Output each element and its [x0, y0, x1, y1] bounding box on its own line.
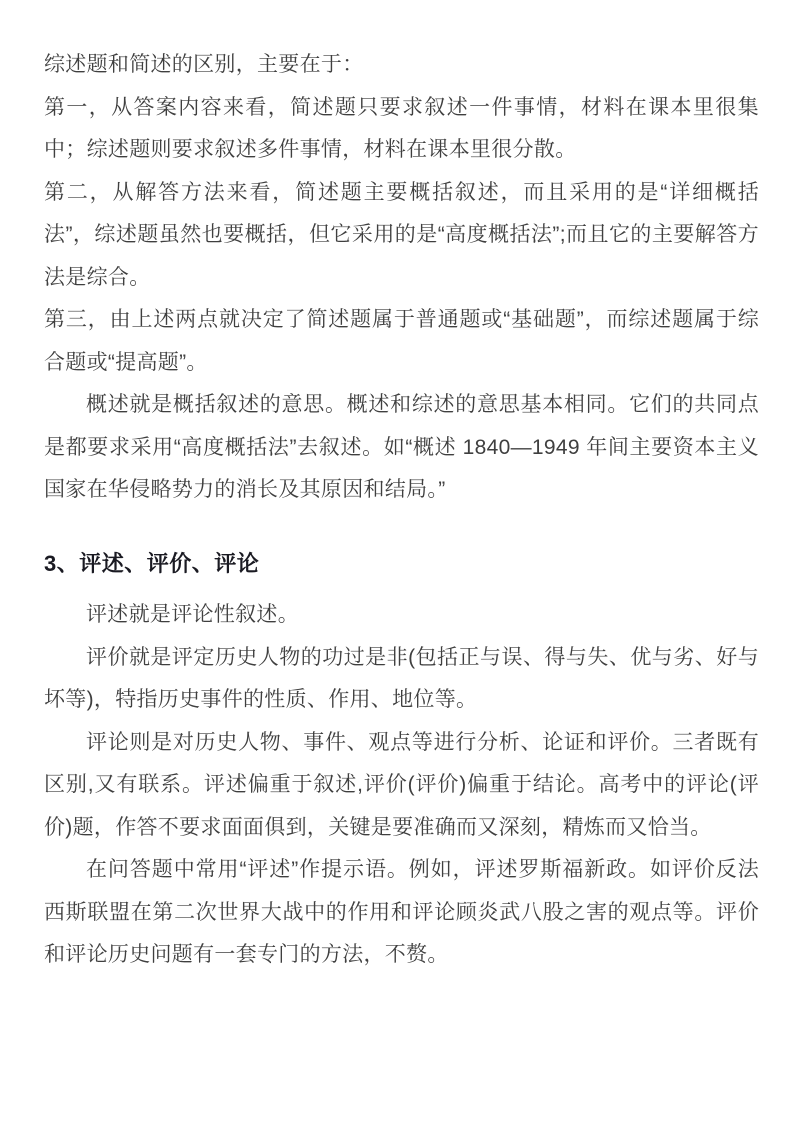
section-heading: 3、评述、评价、评论 — [44, 548, 759, 579]
document-page: 综述题和简述的区别，主要在于： 第一，从答案内容来看，简述题只要求叙述一件事情，… — [0, 0, 793, 1122]
paragraph-first-point: 第一，从答案内容来看，简述题只要求叙述一件事情，材料在课本里很集中；综述题则要求… — [44, 87, 759, 172]
paragraph-intro: 综述题和简述的区别，主要在于： — [44, 44, 759, 87]
paragraph-third-point: 第三，由上述两点就决定了简述题属于普通题或“基础题”，而综述题属于综合题或“提高… — [44, 299, 759, 384]
paragraph-examples: 在问答题中常用“评述”作提示语。例如，评述罗斯福新政。如评价反法西斯联盟在第二次… — [44, 849, 759, 977]
paragraph-second-point: 第二，从解答方法来看，简述题主要概括叙述，而且采用的是“详细概括法”，综述题虽然… — [44, 172, 759, 300]
paragraph-pingshu: 评述就是评论性叙述。 — [44, 594, 759, 637]
paragraph-gaishu: 概述就是概括叙述的意思。概述和综述的意思基本相同。它们的共同点是都要求采用“高度… — [44, 384, 759, 512]
paragraph-pinglun: 评论则是对历史人物、事件、观点等进行分析、论证和评价。三者既有区别,又有联系。评… — [44, 722, 759, 850]
paragraph-pingjia: 评价就是评定历史人物的功过是非(包括正与误、得与失、优与劣、好与坏等)，特指历史… — [44, 637, 759, 722]
